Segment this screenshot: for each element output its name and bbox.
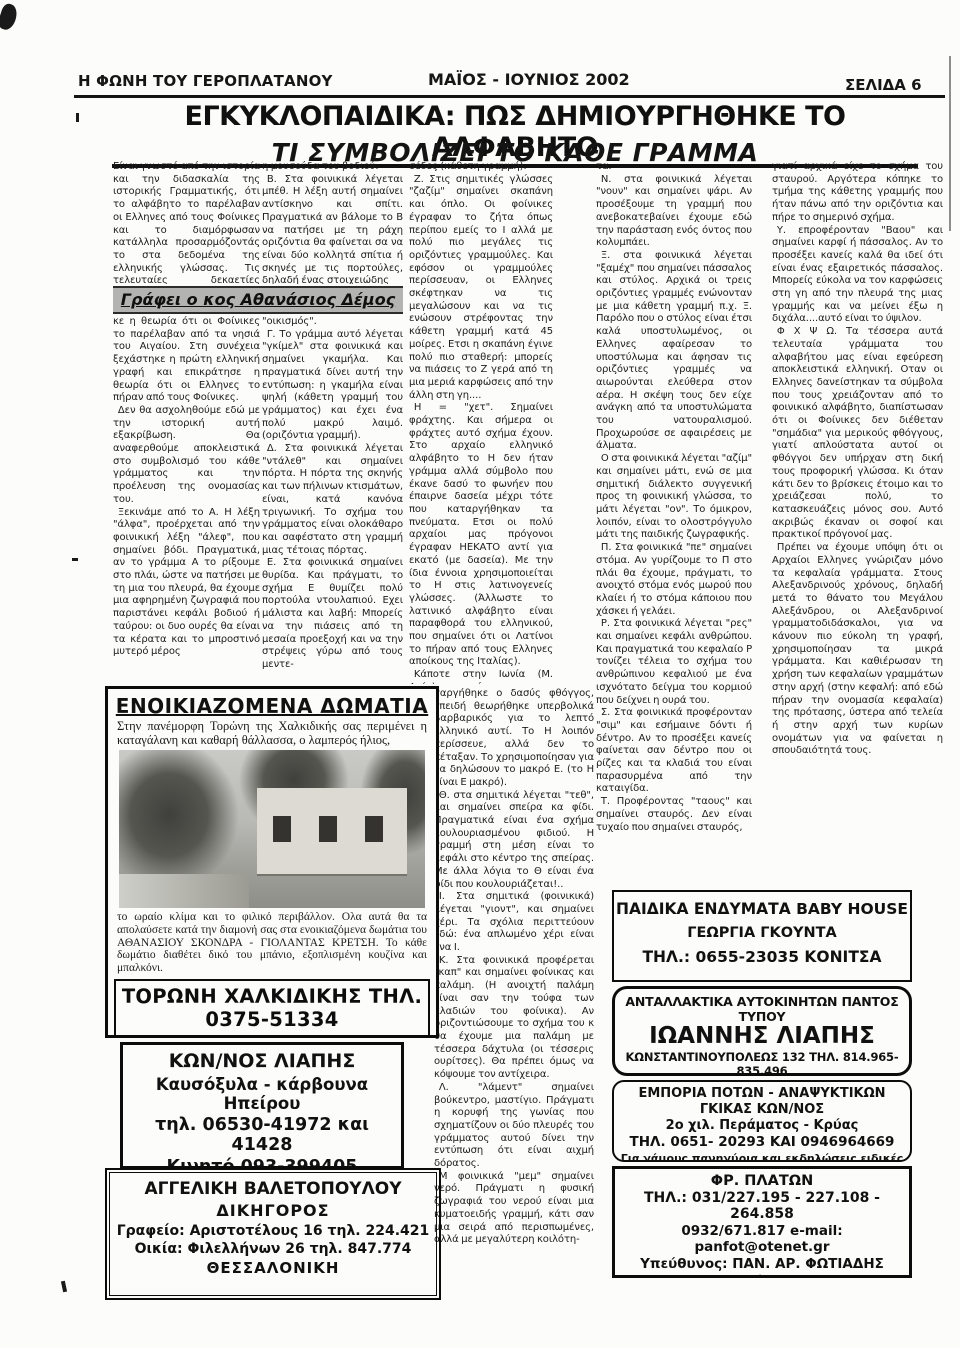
- auto-parts-ad-address: ΚΩΝΣΤΑΝΤΙΝΟΥΠΟΛΕΩΣ 132 ΤΗΛ. 814.965-835.…: [615, 1050, 909, 1076]
- masthead-rule: [74, 95, 945, 98]
- baby-house-ad-line1: ΠΑΙΔΙΚΑ ΕΝΔΥΜΑΤΑ BABY HOUSE: [614, 900, 910, 918]
- photo-window: [273, 816, 291, 842]
- auto-parts-ad-box: ΑΝΤΑΛΛΑΚΤΙΚΑ ΑΥΤΟΚΙΝΗΤΩΝ ΠΑΝΤΟΣ ΤΥΠΟΥ ΙΩ…: [612, 986, 912, 1076]
- auto-parts-ad-name: ΙΩΑΝΝΗΣ ΛΙΑΠΗΣ: [615, 1024, 909, 1048]
- masthead-page-label: ΣΕΛΙΔΑ 6: [845, 76, 922, 94]
- article-column-1-top: Είναι γνωστό από την ιστορία και την διδ…: [113, 161, 260, 284]
- article-column-3-bottom: ταργήθηκε ο δασύς φθόγγος, επειδή θεωρήθ…: [434, 688, 594, 1302]
- lawyer-ad-city: ΘΕΣΣΑΛΟΝΙΚΗ: [110, 1259, 436, 1277]
- photo-window: [365, 816, 383, 842]
- scan-mark-mid-left: [72, 558, 78, 561]
- scan-mark-left-margin: [76, 113, 79, 122]
- firewood-ad-phones: τηλ. 06530-41972 και 41428: [123, 1115, 401, 1155]
- firewood-ad-product: Καυσόξυλα - κάρβουνα Ηπείρου: [123, 1075, 401, 1113]
- rooms-ad-intro: Στην πανέμορφη Τορώνη της Χαλκιδικής σας…: [117, 720, 427, 747]
- lawyer-ad-name: ΑΓΓΕΛΙΚΗ ΒΑΛΕΤΟΠΟΥΛΟΥ: [110, 1179, 436, 1199]
- rooms-ad-phone-line: ΤΟΡΩΝΗ ΧΑΛΚΙΔΙΚΗΣ ΤΗΛ. 0375-51334: [114, 979, 430, 1037]
- baby-house-ad-phone: ΤΗΛ.: 0655-23035 ΚΟΝΙΤΣΑ: [614, 948, 910, 966]
- newspaper-page: Η ΦΩΝΗ ΤΟΥ ΓΕΡΟΠΛΑΤΑΝΟΥ ΜΑΪΟΣ - ΙΟΥΝΙΟΣ …: [0, 0, 960, 1348]
- article-column-5: γιατί αρχικά είχε το σχήμα του σταυρού. …: [772, 161, 943, 873]
- byline-bar: Γράφει ο κος Αθανάσιος Δέμος: [113, 286, 403, 314]
- drinks-ad-line1: ΕΜΠΟΡΙΑ ΠΟΤΩΝ - ΑΝΑΨΥΚΤΙΚΩΝ: [614, 1086, 910, 1101]
- drinks-ad-address: 2ο χιλ. Περάματος - Κρύας: [614, 1118, 910, 1133]
- lawyer-ad-title: ΔΙΚΗΓΟΡΟΣ: [110, 1201, 436, 1220]
- masthead-paper-name: Η ΦΩΝΗ ΤΟΥ ΓΕΡΟΠΛΑΤΑΝΟΥ: [78, 72, 333, 90]
- rooms-ad-outro: το ωραίο κλίμα και το φιλικό περιβάλλον.…: [117, 911, 427, 975]
- auto-parts-ad-line1: ΑΝΤΑΛΛΑΚΤΙΚΑ ΑΥΤΟΚΙΝΗΤΩΝ ΠΑΝΤΟΣ ΤΥΠΟΥ: [615, 994, 909, 1024]
- byline-text: Γράφει ο κος Αθανάσιος Δέμος: [121, 290, 395, 309]
- firewood-ad-name: ΚΩΝ/ΝΟΣ ΛΙΑΠΗΣ: [123, 1050, 401, 1072]
- drinks-ad-name: ΓΚΙΚΑΣ ΚΩΝ/ΝΟΣ: [614, 1102, 910, 1117]
- photo-tree-left: [119, 750, 239, 890]
- photo-window: [319, 816, 337, 842]
- article-column-3-top: σέδες (κάθετη γραμμή). Ζ. Στις σημιτικές…: [409, 161, 553, 684]
- drinks-ad-box: ΕΜΠΟΡΙΑ ΠΟΤΩΝ - ΑΝΑΨΥΚΤΙΚΩΝ ΓΚΙΚΑΣ ΚΩΝ/Ν…: [612, 1080, 912, 1162]
- article-column-2-bottom: "οικισμός". Γ. Το γράμμα αυτό λέγεται "γ…: [262, 316, 403, 682]
- drinks-ad-phones: ΤΗΛ. 0651- 20293 ΚΑΙ 0946964669: [614, 1134, 910, 1150]
- lawyer-ad-home: Οικία: Φιλελλήνων 26 τηλ. 847.774: [110, 1241, 436, 1257]
- scan-smudge-top-left: [0, 2, 20, 32]
- scan-edge-line-right: [949, 56, 951, 231]
- article-column-1-bottom: κε η θεωρία ότι οι Φοίνικες το παρέλαβαν…: [113, 316, 260, 682]
- platon-ad-phones1: ΤΗΛ.: 031/227.195 - 227.108 - 264.858: [615, 1190, 909, 1222]
- lawyer-ad-inner-frame: ΑΓΓΕΛΙΚΗ ΒΑΛΕΤΟΠΟΥΛΟΥ ΔΙΚΗΓΟΡΟΣ Γραφείο:…: [109, 1172, 437, 1296]
- rooms-photo: [119, 750, 425, 908]
- article-column-4: τα. Ν. στα φοινικικά λέγεται "νουν" και …: [596, 161, 752, 885]
- masthead-issue-date: ΜΑΪΟΣ - ΙΟΥΝΙΟΣ 2002: [428, 70, 630, 89]
- scan-mark-bottom-left: [61, 1281, 67, 1293]
- baby-house-ad-box: ΠΑΙΔΙΚΑ ΕΝΔΥΜΑΤΑ BABY HOUSE ΓΕΩΡΓΙΑ ΓΚΟΥ…: [612, 890, 912, 982]
- platon-ad-item1: -Φοιτητικά μαθήματα: [615, 1273, 909, 1278]
- platon-ad-contact: Υπεύθυνος: ΠΑΝ. ΑΡ. ΦΩΤΙΑΔΗΣ: [615, 1256, 909, 1272]
- rooms-ad-title: ΕΝΟΙΚΙΑΖΟΜΕΝΑ ΔΩΜΑΤΙΑ: [108, 694, 436, 718]
- article-column-2-top: η μουσούδα του βοδιού. Β. Στα φοινικικά …: [262, 161, 403, 284]
- drinks-ad-note: Για γάμους πανηγύρια και εκδηλώσεις ειδι…: [614, 1152, 910, 1162]
- baby-house-ad-name: ΓΕΩΡΓΙΑ ΓΚΟΥΝΤΑ: [614, 925, 910, 941]
- lawyer-ad-office: Γραφείο: Αριστοτέλους 16 τηλ. 224.421: [110, 1223, 436, 1239]
- platon-ad-name: ΦΡ. ΠΛΑΤΩΝ: [615, 1173, 909, 1189]
- photo-path: [119, 874, 249, 908]
- firewood-ad-box: ΚΩΝ/ΝΟΣ ΛΙΑΠΗΣ Καυσόξυλα - κάρβουνα Ηπεί…: [120, 1042, 404, 1169]
- photo-building: [257, 788, 407, 874]
- platon-ad-box: ΦΡ. ΠΛΑΤΩΝ ΤΗΛ.: 031/227.195 - 227.108 -…: [612, 1166, 912, 1278]
- lawyer-ad-box: ΑΓΓΕΛΙΚΗ ΒΑΛΕΤΟΠΟΥΛΟΥ ΔΙΚΗΓΟΡΟΣ Γραφείο:…: [105, 1168, 441, 1300]
- rooms-ad-box: ΕΝΟΙΚΙΑΖΟΜΕΝΑ ΔΩΜΑΤΙΑ Στην πανέμορφη Τορ…: [105, 686, 439, 1038]
- platon-ad-phones2: 0932/671.817 e-mail: panfot@otenet.gr: [615, 1223, 909, 1255]
